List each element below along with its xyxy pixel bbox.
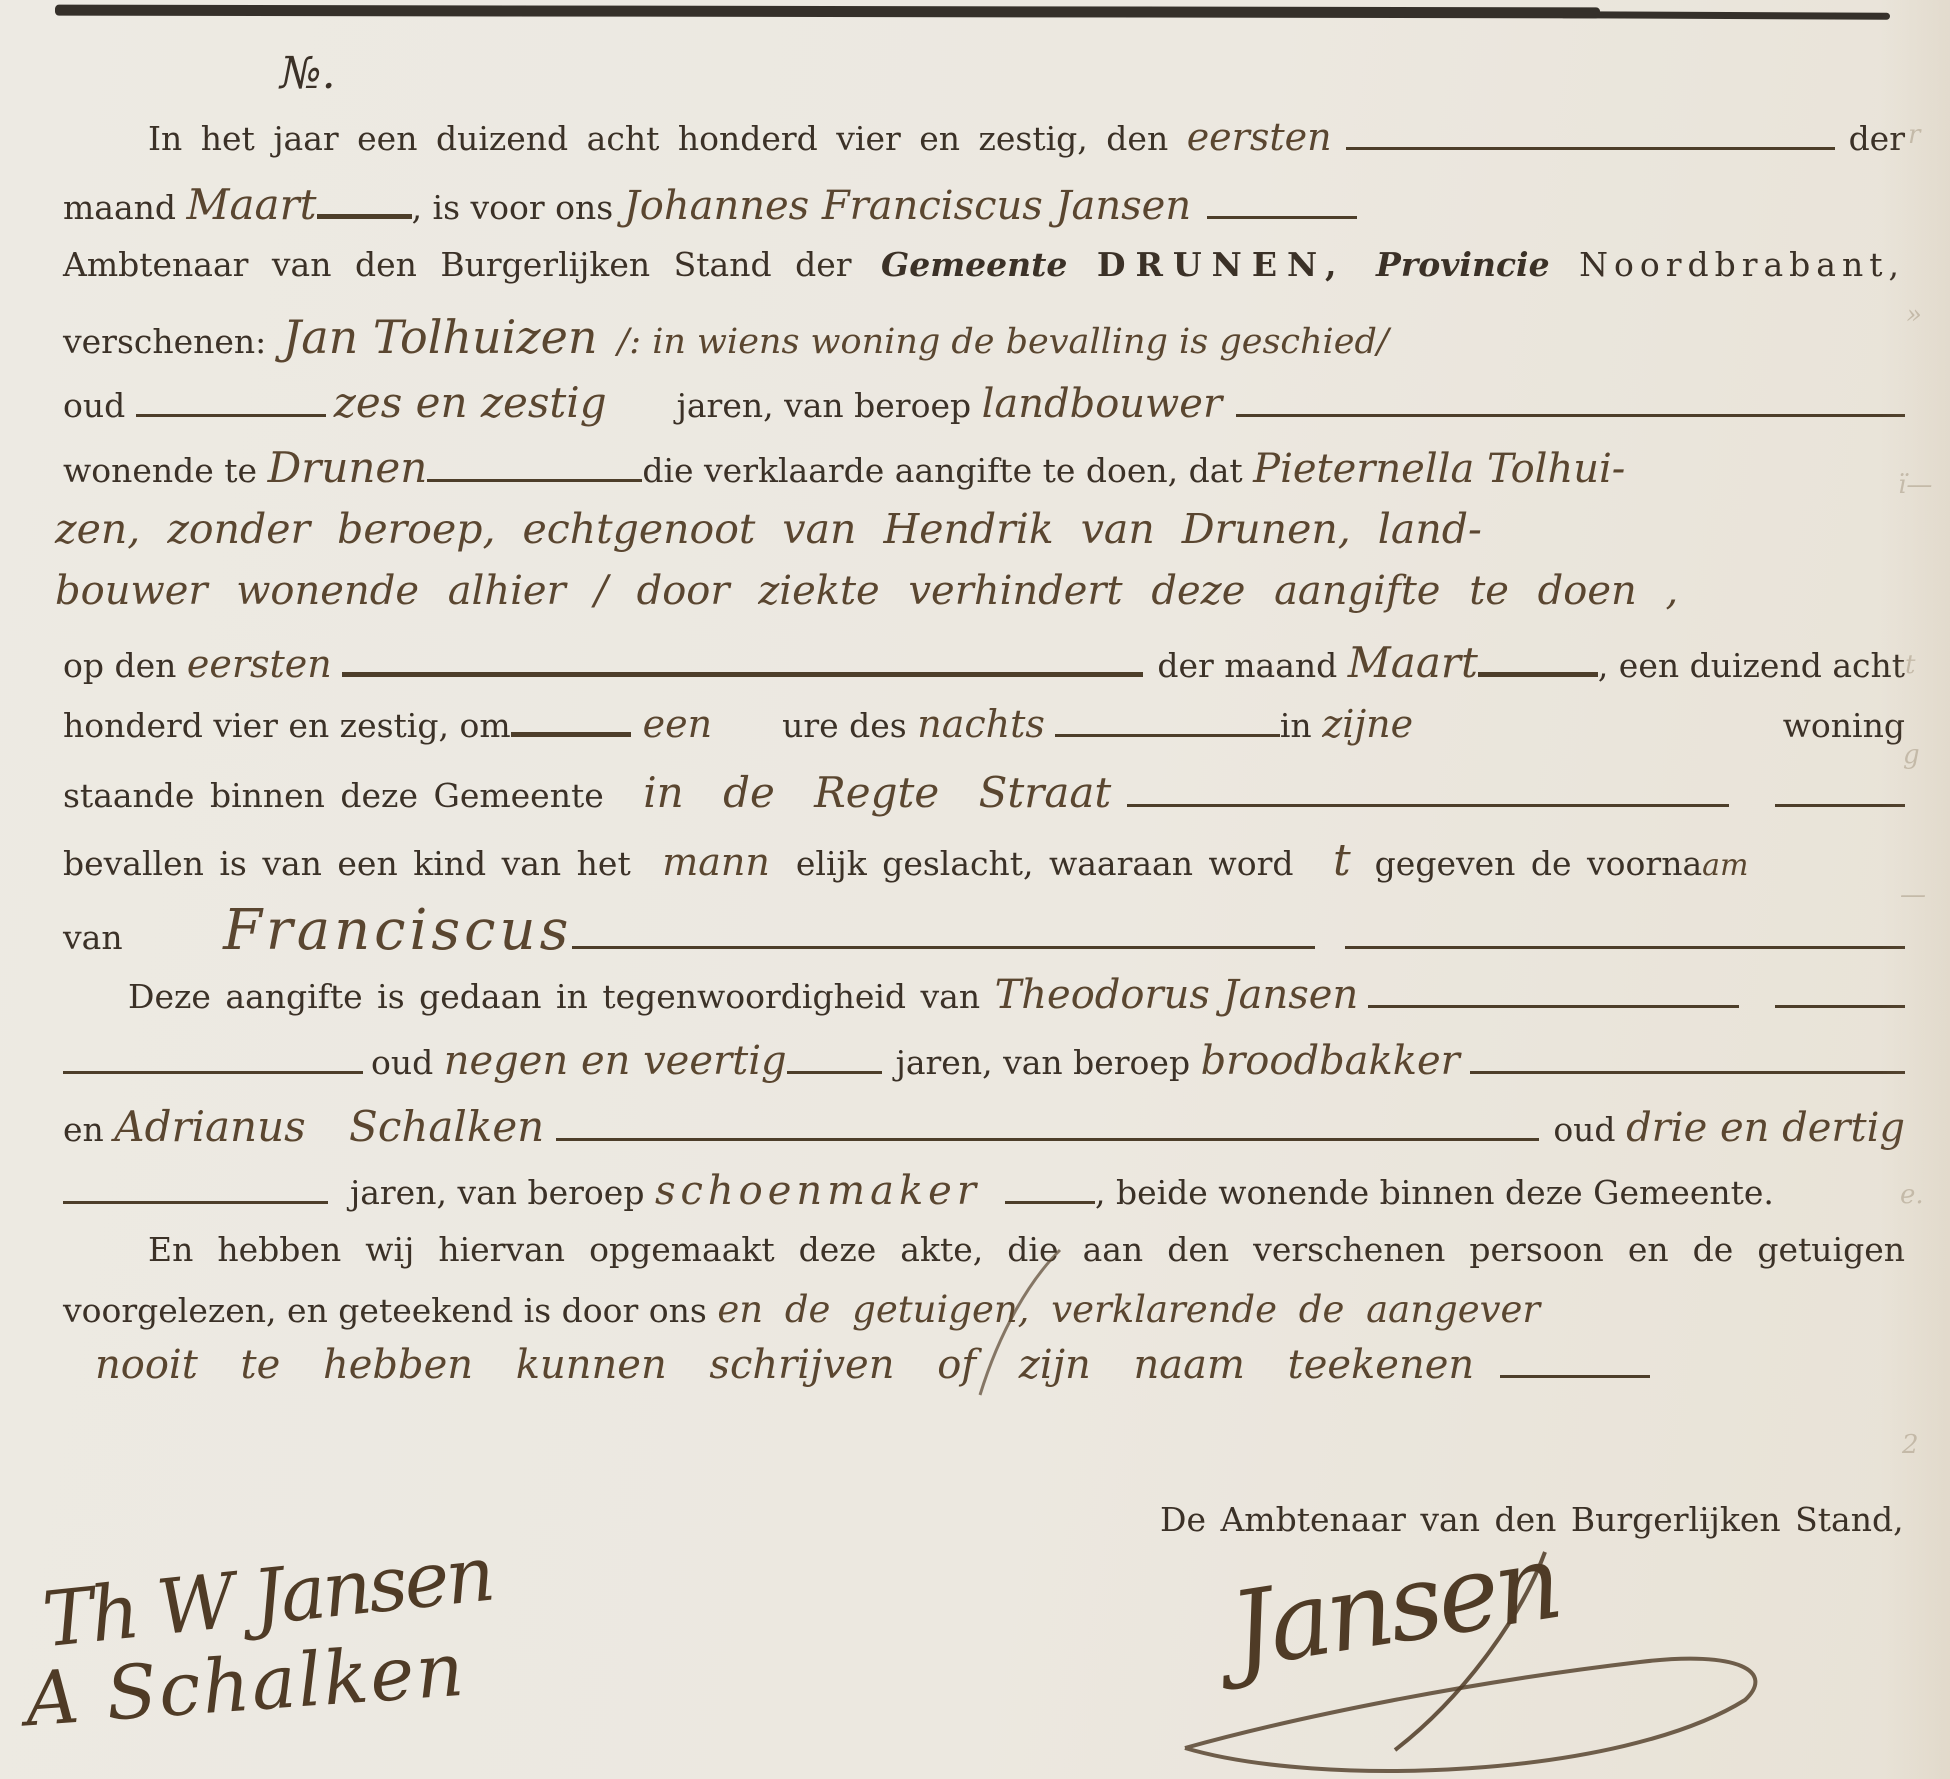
bleedthrough-mark: g (1903, 740, 1920, 770)
printed-text-oud3: oud (1553, 1110, 1626, 1149)
printed-text-provincie: Provincie (1376, 245, 1550, 284)
printed-text-bevallen: bevallen is van een kind van het (63, 844, 646, 883)
bleedthrough-mark: ï— (1898, 470, 1932, 500)
bleedthrough-mark: t (1905, 650, 1915, 680)
printed-text-voorgelezen: voorgelezen, en geteekend is door ons (63, 1291, 717, 1330)
blank-line (1500, 1375, 1650, 1378)
printed-text-opden: op den (63, 646, 187, 685)
entry-witness2-name: Adrianus Schalken (114, 1102, 544, 1151)
printed-text-wonende: wonende te (63, 451, 268, 490)
signature-official: Jansen (1222, 1520, 1566, 1692)
entry-mother-details: zen, zonder beroep, echtgenoot van Hendr… (55, 505, 1482, 553)
entry-registrar-name: Johannes Franciscus Jansen (624, 183, 1191, 229)
entry-mother-name-part1: Pieternella Tolhui- (1253, 446, 1625, 492)
entry-mother-details-cont: bouwer wonende alhier / door ziekte verh… (55, 568, 1678, 614)
blank-line (1368, 1005, 1739, 1008)
scan-edge-bar (55, 5, 1600, 19)
printed-text-uredes: ure des (782, 706, 917, 745)
printed-text-jaren-beroep: jaren, van beroep (677, 386, 982, 425)
blank-line (1478, 672, 1598, 677)
entry-declarant-profession: landbouwer (982, 381, 1223, 427)
blank-line (1346, 147, 1835, 150)
printed-text-ambtenaar: Ambtenaar van den Burgerlijken Stand der (63, 245, 852, 284)
entry-day: eersten (1187, 115, 1332, 159)
bleedthrough-mark: » (1906, 300, 1922, 330)
blank-line (1207, 216, 1357, 219)
printed-text-honderd: honderd vier en zestig, om (63, 706, 511, 745)
blank-line (1127, 804, 1729, 807)
printed-text-jaren-beroep3: jaren, van beroep (350, 1173, 655, 1212)
blank-line (511, 732, 631, 737)
entry-gender: mann (662, 840, 770, 884)
printed-text-dermaand: der maand (1157, 646, 1347, 685)
entry-birth-daypart: nachts (917, 702, 1045, 746)
blank-line (1470, 1071, 1905, 1074)
entry-birth-house: zijne (1322, 702, 1413, 746)
blank-line (1055, 734, 1280, 737)
blank-line (63, 1071, 363, 1074)
printed-text-duizendacht: , een duizend acht (1598, 646, 1905, 685)
entry-month: Maart (187, 180, 317, 229)
entry-word-t: t (1333, 835, 1351, 886)
blank-line (63, 1201, 328, 1204)
printed-text-en: en (63, 1110, 114, 1149)
blank-line (1775, 1005, 1905, 1008)
entry-witness1-name: Theodorus Jansen (995, 972, 1359, 1018)
entry-birth-address: in de Regte Straat (643, 768, 1111, 817)
printed-text-jaren-beroep2: jaren, van beroep (896, 1043, 1201, 1082)
entry-declarant-residence: Drunen (268, 443, 428, 492)
entry-birth-month: Maart (1348, 638, 1478, 687)
entry-closing-note-cont: nooit te hebben kunnen schrijven of zijn… (95, 1342, 1474, 1388)
birth-certificate-page: №. In het jaar een duizend acht honderd … (0, 0, 1950, 1779)
act-number-label: №. (280, 48, 336, 99)
printed-text-woning: woning (1783, 706, 1905, 745)
printed-text-voorna: gegeven de voorna (1375, 844, 1702, 883)
entry-birth-hour: een (643, 702, 712, 746)
printed-text-oud2: oud (371, 1043, 444, 1082)
entry-closing-note: en de getuigen, verklarende de aangever (717, 1288, 1540, 1331)
entry-declarant-note: /: in wiens woning de bevalling is gesch… (617, 322, 1388, 362)
bleedthrough-mark: r (1908, 120, 1920, 150)
blank-line (1236, 414, 1905, 417)
blank-line (1345, 946, 1905, 949)
bleedthrough-mark: e. (1900, 1180, 1924, 1210)
entry-declarant-name: Jan Tolhuizen (283, 310, 598, 364)
printed-text-beide: , beide wonende binnen deze Gemeente. (1095, 1173, 1774, 1212)
blank-line (572, 946, 1315, 949)
blank-line (317, 214, 412, 219)
province-name: Noordbrabant, (1579, 245, 1905, 284)
printed-text-aangifte: Deze aangifte is gedaan in tegenwoordigh… (128, 977, 995, 1016)
entry-witness2-age: drie en dertig (1626, 1105, 1905, 1151)
entry-witness1-age: negen en veertig (444, 1038, 787, 1084)
printed-text-geslacht: elijk geslacht, waaraan word (796, 844, 1309, 883)
printed-text-gemeente: Gemeente (881, 245, 1067, 284)
entry-witness2-profession: schoenmaker (655, 1168, 981, 1214)
entry-witness1-profession: broodbakker (1201, 1038, 1460, 1084)
blank-line (1775, 804, 1905, 807)
blank-line (427, 479, 642, 482)
entry-declarant-age: zes en zestig (334, 378, 607, 427)
entry-voornaam-suffix: am (1702, 848, 1748, 883)
blank-line (556, 1138, 1539, 1141)
printed-text-verschenen: verschenen: (63, 322, 283, 361)
printed-text-der: der (1849, 119, 1905, 158)
bleedthrough-mark: — (1900, 880, 1926, 910)
printed-text-staande: staande binnen deze Gemeente (63, 776, 619, 815)
printed-text-enhebben: En hebben wij hiervan opgemaakt deze akt… (148, 1230, 1905, 1269)
printed-text-van: van (63, 918, 133, 957)
bleedthrough-mark: 2 (1902, 1430, 1919, 1460)
printed-text-isvoorons: , is voor ons (412, 188, 624, 227)
printed-text-in: in (1280, 706, 1322, 745)
entry-child-name: Franciscus (223, 898, 572, 963)
printed-text-maand: maand (63, 188, 187, 227)
printed-text-oud: oud (63, 386, 136, 425)
printed-text-year: In het jaar een duizend acht honderd vie… (148, 119, 1187, 158)
blank-line (1005, 1201, 1095, 1204)
blank-line (787, 1071, 882, 1074)
entry-birth-day: eersten (187, 642, 332, 686)
scan-edge-bar-tail (1560, 11, 1890, 19)
municipality-name: DRUNEN, (1097, 245, 1347, 284)
blank-line (342, 672, 1144, 677)
printed-text-verklaarde: die verklaarde aangifte te doen, dat (642, 451, 1253, 490)
blank-line (136, 414, 326, 417)
